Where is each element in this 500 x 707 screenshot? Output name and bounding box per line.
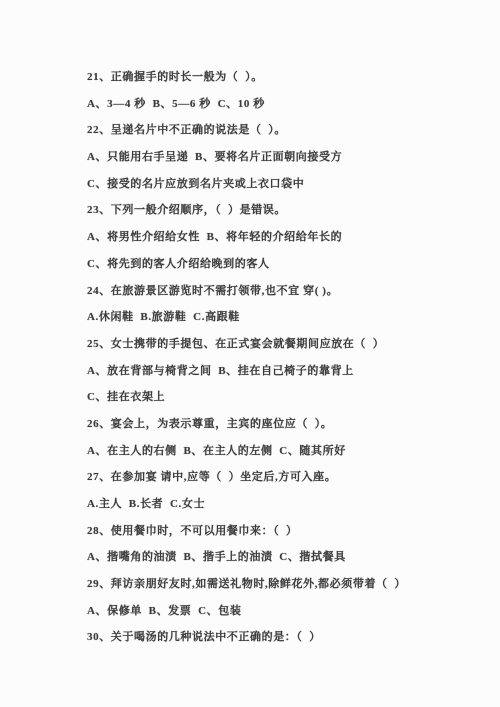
question-stem: 24、在旅游景区游览时不需打领带,也不宜 穿( )。: [87, 285, 467, 298]
question-option-line: A、在主人的右侧 B、在主人的左侧 C、随其所好: [87, 445, 467, 458]
question-stem: 28、使用餐巾时，不可以用餐巾来：（ ）: [87, 525, 467, 538]
question-option-line: C、将先到的客人介绍给晚到的客人: [87, 258, 467, 271]
question-stem: 21、正确握手的时长一般为（ ）。: [87, 71, 467, 84]
question-option-line: A、只能用右手呈递 B、要将名片正面朝向接受方: [87, 151, 467, 164]
question-stem: 26、宴会上，为表示尊重，主宾的座位应（ ）。: [87, 418, 467, 431]
question-option-line: A、揩嘴角的油渍 B、揩手上的油渍 C、揩拭餐具: [87, 551, 467, 564]
question-option-line: C、接受的名片应放到名片夹或上衣口袋中: [87, 178, 467, 191]
quiz-document-page: 21、正确握手的时长一般为（ ）。A、3—4 秒 B、5—6 秒 C、10 秒2…: [0, 0, 500, 707]
question-option-line: A、放在背部与椅背之间 B、挂在自己椅子的靠背上: [87, 365, 467, 378]
question-option-line: A、3—4 秒 B、5—6 秒 C、10 秒: [87, 98, 467, 111]
question-option-line: A.主人 B.长者 C.女士: [87, 498, 467, 511]
question-stem: 27、在参加宴 请中,应等（ ）坐定后,方可入座。: [87, 471, 467, 484]
question-option-line: A、将男性介绍给女性 B、将年轻的介绍给年长的: [87, 231, 467, 244]
question-stem: 25、女士携带的手提包、在正式宴会就餐期间应放在（ ）: [87, 338, 467, 351]
question-stem: 23、下列一般介绍顺序，（ ）是错误。: [87, 204, 467, 217]
question-option-line: A、保修单 B、发票 C、包装: [87, 605, 467, 618]
question-stem: 30、关于喝汤的几种说法中不正确的是：（ ）: [87, 631, 467, 644]
question-stem: 22、呈递名片中不正确的说法是（ ）。: [87, 124, 467, 137]
quiz-question-list: 21、正确握手的时长一般为（ ）。A、3—4 秒 B、5—6 秒 C、10 秒2…: [87, 71, 467, 658]
question-option-line: A.休闲鞋 B.旅游鞋 C.高跟鞋: [87, 311, 467, 324]
question-option-line: C、挂在衣架上: [87, 391, 467, 404]
question-stem: 29、拜访亲朋好友时,如需送礼物时,除鲜花外,都必须带着（ ）: [87, 578, 467, 591]
